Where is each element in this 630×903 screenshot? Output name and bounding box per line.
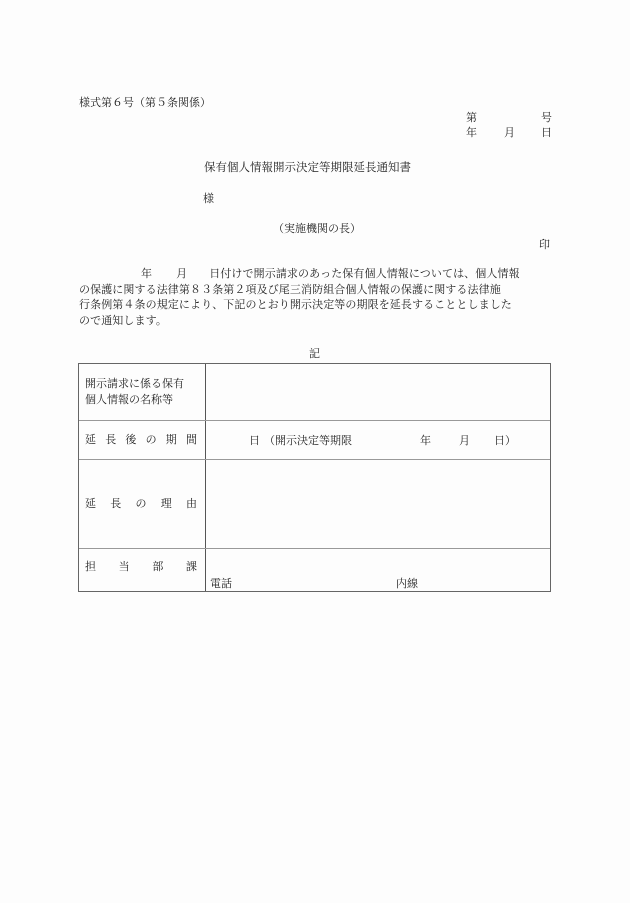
- row-label: 開示請求に係る保有 個人情報の名称等: [85, 376, 184, 408]
- deadline-month: 月: [459, 432, 470, 448]
- form-number: 様式第６号（第５条関係）: [79, 96, 211, 110]
- ki-heading: 記: [309, 347, 320, 361]
- extension-label: 内線: [396, 575, 418, 591]
- table-row-reason: 延長の理由: [79, 460, 550, 549]
- deadline-day: 日）: [494, 432, 516, 448]
- doc-number-prefix: 第: [466, 111, 477, 125]
- body-line-4: ので通知します。: [79, 313, 553, 329]
- table-row-department: 担当部課 電話 内線: [79, 549, 550, 592]
- period-day: 日: [249, 432, 260, 448]
- date-month: 月: [504, 126, 515, 140]
- notice-body: 年月日付けで開示請求のあった保有個人情報については、個人情報 の保護に関する法律…: [79, 266, 553, 328]
- date-year: 年: [466, 126, 477, 140]
- table-row-extended-period: 延長後の期間 日 （開示決定等期限 年 月 日）: [79, 421, 550, 460]
- seal-mark: 印: [539, 238, 550, 252]
- row-label: 延長後の期間: [85, 432, 197, 448]
- addressee-suffix: 様: [203, 192, 214, 206]
- row-label: 延長の理由: [85, 496, 197, 512]
- deadline-year: 年: [420, 432, 431, 448]
- date-day: 日: [541, 126, 552, 140]
- document-title: 保有個人情報開示決定等期限延長通知書: [204, 160, 411, 174]
- body-line-2: の保護に関する法律第８３条第２項及び尾三消防組合個人情報の保護に関する法律施: [79, 282, 553, 298]
- body-line-1: 年月日付けで開示請求のあった保有個人情報については、個人情報: [79, 266, 553, 282]
- body-line-3: 行条例第４条の規定により、下記のとおり開示決定等の期限を延長することとしました: [79, 297, 553, 313]
- details-table: 開示請求に係る保有 個人情報の名称等 延長後の期間 日 （開示決定等期限 年 月…: [78, 363, 551, 592]
- deadline-label: （開示決定等期限: [264, 432, 352, 448]
- table-row-info-name: 開示請求に係る保有 個人情報の名称等: [79, 364, 550, 421]
- row-label: 担当部課: [85, 559, 197, 575]
- doc-number-suffix: 号: [541, 111, 552, 125]
- phone-label: 電話: [210, 575, 232, 591]
- issuer-name: （実施機関の長）: [273, 222, 361, 236]
